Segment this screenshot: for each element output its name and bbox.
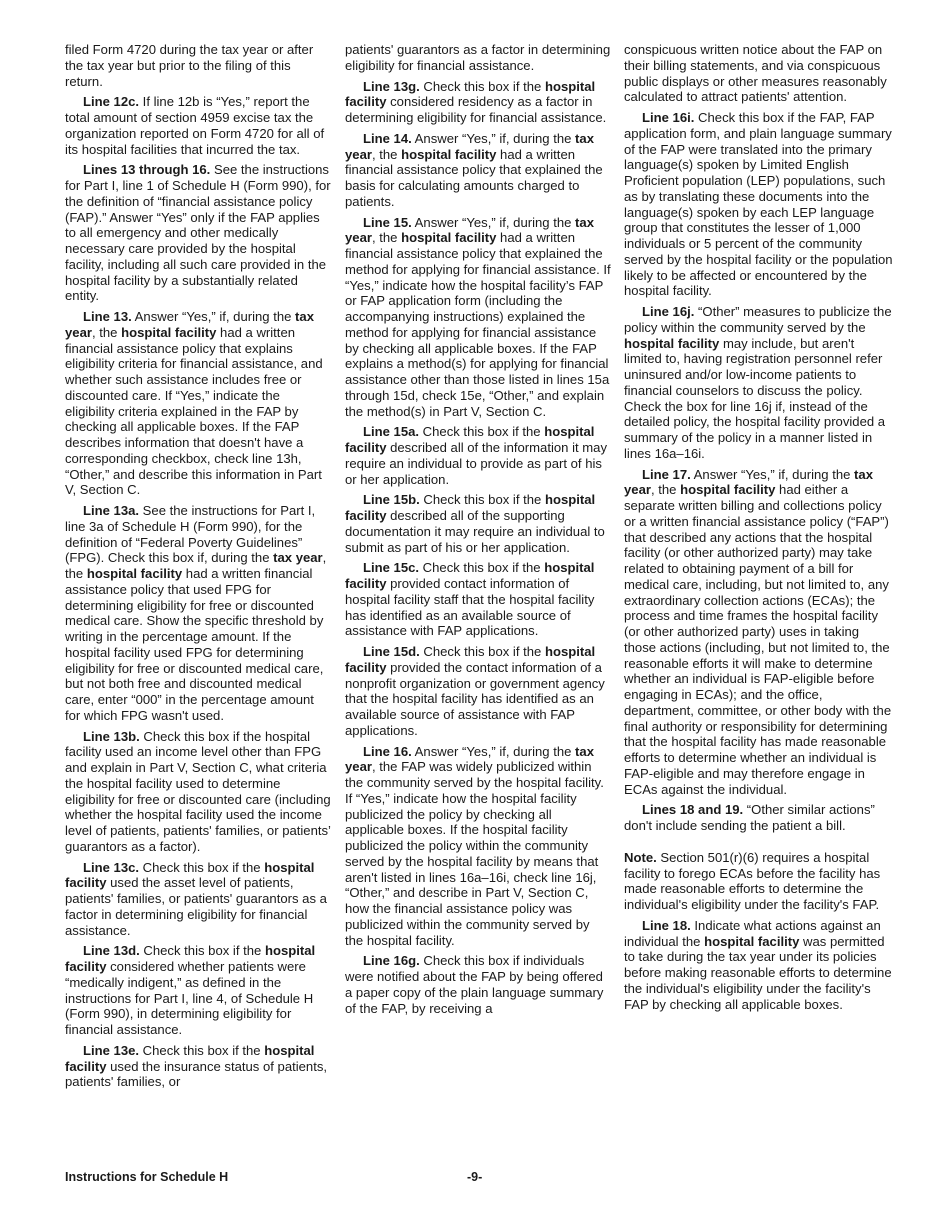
paragraph: conspicuous written notice about the FAP…	[624, 42, 894, 105]
paragraph: patients' guarantors as a factor in dete…	[345, 42, 611, 74]
paragraph-text: Answer “Yes,” if, during the	[132, 309, 295, 324]
paragraph-text: See the instructions for Part I, line 1 …	[65, 162, 331, 303]
bold-term: hospital facility	[401, 147, 496, 162]
paragraph: Line 16i. Check this box if the FAP, FAP…	[624, 110, 894, 299]
paragraph-heading: Line 13e.	[83, 1043, 139, 1058]
paragraph-text: Answer “Yes,” if, during the	[412, 215, 575, 230]
paragraph-text: Section 501(r)(6) requires a hospital fa…	[624, 850, 880, 912]
paragraph-text: filed Form 4720 during the tax year or a…	[65, 42, 313, 89]
paragraph-heading: Line 18.	[642, 918, 691, 933]
paragraph-heading: Line 16g.	[363, 953, 420, 968]
paragraph-text: Answer “Yes,” if, during the	[412, 744, 575, 759]
paragraph-text: Check this box if the FAP, FAP applicati…	[624, 110, 893, 298]
paragraph-text: Check this box if the	[420, 492, 545, 507]
paragraph-heading: Line 12c.	[83, 94, 139, 109]
paragraph-text: , the	[651, 482, 680, 497]
paragraph-heading: Line 14.	[363, 131, 412, 146]
paragraph-text: had a written financial assistance polic…	[65, 566, 323, 723]
paragraph: Line 17. Answer “Yes,” if, during the ta…	[624, 467, 894, 798]
paragraph-text: had either a separate written billing an…	[624, 482, 891, 796]
bold-term: hospital facility	[401, 230, 496, 245]
paragraph-heading: Line 15b.	[363, 492, 420, 507]
paragraph: Line 13. Answer “Yes,” if, during the ta…	[65, 309, 331, 498]
bold-term: hospital facility	[121, 325, 216, 340]
bold-term: hospital facility	[704, 934, 799, 949]
footer-document-title: Instructions for Schedule H	[65, 1170, 228, 1184]
paragraph-text: conspicuous written notice about the FAP…	[624, 42, 887, 104]
paragraph-text: Check this box if the	[419, 560, 544, 575]
paragraph-heading: Line 15d.	[363, 644, 420, 659]
paragraph-text: Check this box if the	[139, 860, 264, 875]
paragraph-heading: Line 16.	[363, 744, 412, 759]
paragraph-text: Check this box if the	[420, 644, 545, 659]
paragraph: Line 15. Answer “Yes,” if, during the ta…	[345, 215, 611, 420]
paragraph-heading: Lines 18 and 19.	[642, 802, 743, 817]
paragraph: Line 16g. Check this box if individuals …	[345, 953, 611, 1016]
paragraph: Line 15b. Check this box if the hospital…	[345, 492, 611, 555]
paragraph: Note. Section 501(r)(6) requires a hospi…	[624, 850, 894, 913]
paragraph-text: Check this box if the	[139, 1043, 264, 1058]
paragraph-text: Check this box if the	[140, 943, 265, 958]
paragraph-heading: Line 15.	[363, 215, 412, 230]
text-column-1: filed Form 4720 during the tax year or a…	[65, 42, 331, 1095]
paragraph: Line 13a. See the instructions for Part …	[65, 503, 331, 724]
paragraph: Line 13g. Check this box if the hospital…	[345, 79, 611, 126]
paragraph-heading: Line 17.	[642, 467, 691, 482]
paragraph-heading: Note.	[624, 850, 657, 865]
paragraph: Lines 13 through 16. See the instruction…	[65, 162, 331, 304]
paragraph-text: Check this box if the	[419, 424, 544, 439]
paragraph: Line 16j. “Other” measures to publicize …	[624, 304, 894, 462]
bold-term: hospital facility	[87, 566, 182, 581]
paragraph: Lines 18 and 19. “Other similar actions”…	[624, 802, 894, 834]
paragraph-heading: Line 15c.	[363, 560, 419, 575]
paragraph: Line 12c. If line 12b is “Yes,” report t…	[65, 94, 331, 157]
paragraph: Line 13e. Check this box if the hospital…	[65, 1043, 331, 1090]
paragraph: filed Form 4720 during the tax year or a…	[65, 42, 331, 89]
bold-term: tax year	[273, 550, 323, 565]
paragraph: Line 16. Answer “Yes,” if, during the ta…	[345, 744, 611, 949]
paragraph-text: may include, but aren't limited to, havi…	[624, 336, 885, 461]
paragraph-text: Answer “Yes,” if, during the	[412, 131, 575, 146]
paragraph-text: Answer “Yes,” if, during the	[691, 467, 854, 482]
paragraph-text: , the	[372, 147, 401, 162]
paragraph: Line 15d. Check this box if the hospital…	[345, 644, 611, 739]
paragraph: Line 15a. Check this box if the hospital…	[345, 424, 611, 487]
paragraph-heading: Line 13g.	[363, 79, 420, 94]
paragraph-heading: Line 15a.	[363, 424, 419, 439]
paragraph-spacer	[624, 839, 894, 850]
paragraph: Line 14. Answer “Yes,” if, during the ta…	[345, 131, 611, 210]
bold-term: hospital facility	[624, 336, 719, 351]
paragraph: Line 13c. Check this box if the hospital…	[65, 860, 331, 939]
paragraph-heading: Line 13b.	[83, 729, 140, 744]
paragraph-text: , the FAP was widely publicized within t…	[345, 759, 604, 947]
text-column-2: patients' guarantors as a factor in dete…	[345, 42, 611, 1021]
paragraph: Line 18. Indicate what actions against a…	[624, 918, 894, 1013]
paragraph-text: had a written financial assistance polic…	[345, 230, 611, 418]
text-column-3: conspicuous written notice about the FAP…	[624, 42, 894, 1017]
bold-term: hospital facility	[680, 482, 775, 497]
paragraph-text: had a written financial assistance polic…	[65, 325, 323, 498]
paragraph-text: , the	[372, 230, 401, 245]
paragraph-heading: Line 13.	[83, 309, 132, 324]
paragraph: Line 15c. Check this box if the hospital…	[345, 560, 611, 639]
paragraph-heading: Line 13a.	[83, 503, 139, 518]
paragraph-text: , the	[92, 325, 121, 340]
paragraph-text: Check this box if the	[420, 79, 545, 94]
paragraph-heading: Line 16j.	[642, 304, 694, 319]
paragraph: Line 13b. Check this box if the hospital…	[65, 729, 331, 855]
paragraph-text: Check this box if the hospital facility …	[65, 729, 331, 854]
paragraph-heading: Line 13d.	[83, 943, 140, 958]
paragraph: Line 13d. Check this box if the hospital…	[65, 943, 331, 1038]
paragraph-heading: Line 16i.	[642, 110, 694, 125]
paragraph-text: patients' guarantors as a factor in dete…	[345, 42, 610, 73]
paragraph-heading: Line 13c.	[83, 860, 139, 875]
footer-page-number: -9-	[467, 1170, 482, 1184]
paragraph-heading: Lines 13 through 16.	[83, 162, 210, 177]
